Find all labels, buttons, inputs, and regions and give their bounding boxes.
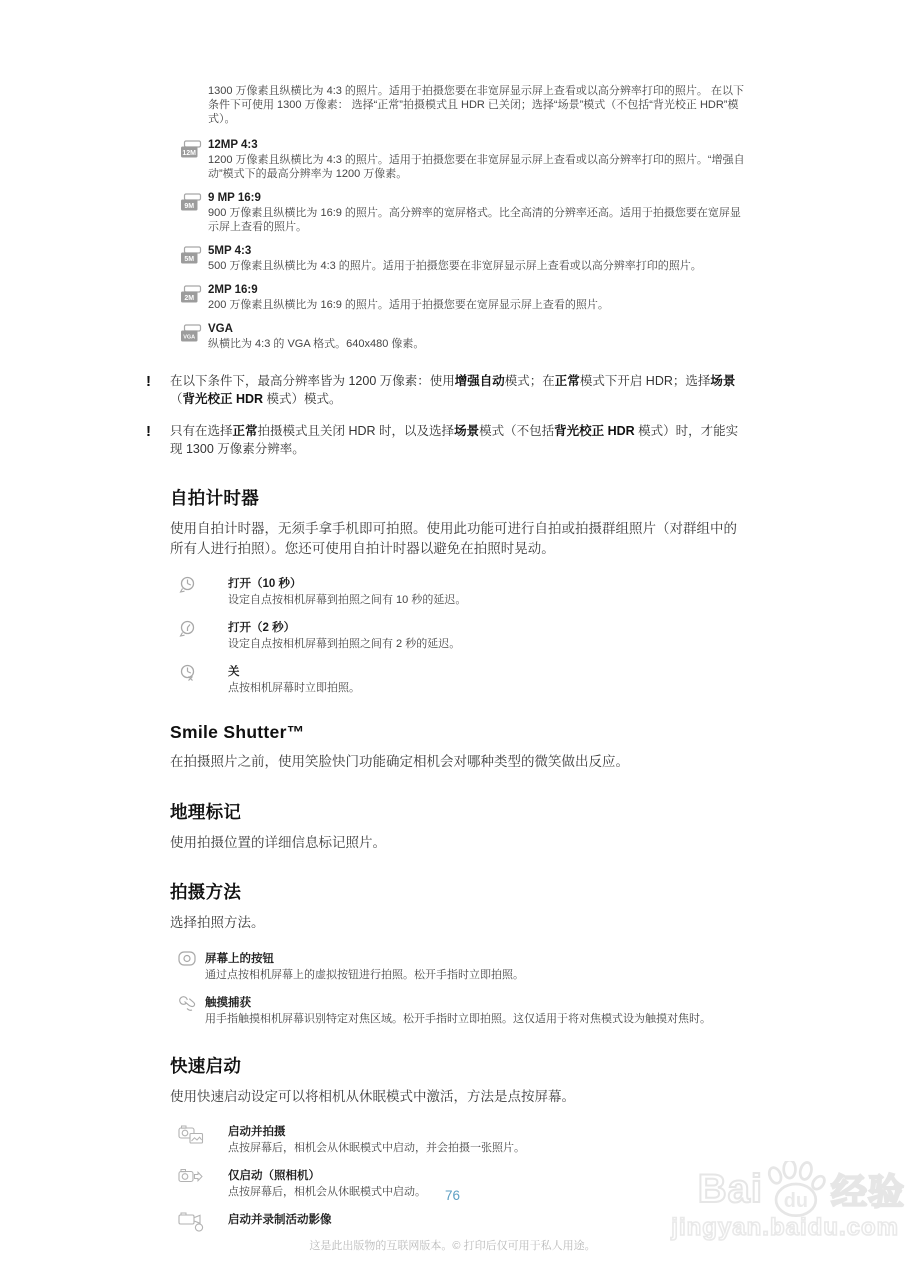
option-label: 打开（10 秒） [228,575,466,591]
page-content: 1300 万像素且纵横比为 4:3 的照片。适用于拍摄您要在非宽屏显示屏上查看或… [170,84,746,1244]
svg-text:2M: 2M [184,295,194,302]
option-desc: 用手指触摸相机屏幕识别特定对焦区域。松开手指时立即拍照。这仅适用于将对焦模式设为… [205,1012,711,1026]
resolution-5mp-icon: 5M [170,245,208,273]
option-label: 屏幕上的按钮 [205,950,524,966]
svg-text:12M: 12M [182,150,196,157]
svg-text:9M: 9M [184,203,194,210]
timer-off-icon [170,663,228,695]
touch-capture-icon [170,994,205,1026]
resolution-9mp-icon: 9M [170,192,208,234]
section-body: 使用快速启动设定可以将相机从休眠模式中激活，方法是点按屏幕。 [170,1087,746,1107]
resolution-12mp-icon: 12M [170,139,208,181]
exclamation-icon: ! [146,423,170,458]
option-label: 启动并录制活动影像 [228,1211,332,1227]
section-body: 选择拍照方法。 [170,913,746,933]
timer-10s-icon [170,575,228,607]
svg-text:VGA: VGA [183,335,195,341]
resolution-item-desc: 900 万像素且纵横比为 16:9 的照片。高分辨率的宽屏格式。比全高清的分辨率… [208,206,746,234]
baidu-jingyan-watermark: Bai du 经验 jingyan.baidu.com [625,1160,905,1242]
resolution-item-label: 2MP 16:9 [208,284,609,296]
resolution-item-9mp: 9M 9 MP 16:9 900 万像素且纵横比为 16:9 的照片。高分辨率的… [170,192,746,234]
launch-and-capture-icon [170,1123,228,1155]
resolution-item-label: 9 MP 16:9 [208,192,746,204]
option-label: 启动并拍摄 [228,1123,525,1139]
resolution-item-label: VGA [208,323,424,335]
warning-text: 只有在选择正常拍摄模式且关闭 HDR 时，以及选择场景模式（不包括背光校正 HD… [170,423,746,458]
section-heading-capture-method: 拍摄方法 [170,879,746,904]
svg-text:5M: 5M [184,256,194,263]
option-desc: 设定自点按相机屏幕到拍照之间有 10 秒的延迟。 [228,593,466,607]
onscreen-button-icon [170,950,205,982]
intro-paragraph: 1300 万像素且纵横比为 4:3 的照片。适用于拍摄您要在非宽屏显示屏上查看或… [208,84,746,126]
option-desc: 设定自点按相机屏幕到拍照之间有 2 秒的延迟。 [228,637,460,651]
resolution-item-desc: 纵横比为 4:3 的 VGA 格式。640x480 像素。 [208,337,424,351]
resolution-item-desc: 1200 万像素且纵横比为 4:3 的照片。适用于拍摄您要在非宽屏显示屏上查看或… [208,153,746,181]
resolution-item-label: 5MP 4:3 [208,245,702,257]
option-row: 打开（2 秒） 设定自点按相机屏幕到拍照之间有 2 秒的延迟。 [170,619,746,651]
option-row: 打开（10 秒） 设定自点按相机屏幕到拍照之间有 10 秒的延迟。 [170,575,746,607]
resolution-item-desc: 200 万像素且纵横比为 16:9 的照片。适用于拍摄您要在宽屏显示屏上查看的照… [208,298,609,312]
option-row: 关 点按相机屏幕时立即拍照。 [170,663,746,695]
timer-2s-icon [170,619,228,651]
option-desc: 点按屏幕后，相机会从休眠模式中启动，并会拍摄一张照片。 [228,1141,525,1155]
option-label: 仅启动（照相机） [228,1167,426,1183]
launch-and-record-icon [170,1211,228,1232]
svg-text:du: du [784,1190,808,1212]
baidu-logo-text: Bai [698,1167,763,1212]
exclamation-icon: ! [146,373,170,408]
section-heading-geotag: 地理标记 [170,799,746,824]
resolution-item-label: 12MP 4:3 [208,139,746,151]
resolution-item-vga: VGA VGA 纵横比为 4:3 的 VGA 格式。640x480 像素。 [170,323,746,351]
self-timer-options: 打开（10 秒） 设定自点按相机屏幕到拍照之间有 10 秒的延迟。 打开（2 秒… [170,575,746,695]
jingyan-cn-text: 经验 [831,1164,905,1215]
section-body: 使用自拍计时器，无须手拿手机即可拍照。使用此功能可进行自拍或拍摄群组照片（对群组… [170,519,746,558]
resolution-item-desc: 500 万像素且纵横比为 4:3 的照片。适用于拍摄您要在非宽屏显示屏上查看或以… [208,259,702,273]
resolution-2mp-icon: 2M [170,284,208,312]
section-heading-quick-launch: 快速启动 [170,1053,746,1078]
resolution-item-2mp: 2M 2MP 16:9 200 万像素且纵横比为 16:9 的照片。适用于拍摄您… [170,284,746,312]
warning-note-2: ! 只有在选择正常拍摄模式且关闭 HDR 时，以及选择场景模式（不包括背光校正 … [146,423,746,458]
jingyan-url-text: jingyan.baidu.com [625,1214,905,1242]
resolution-vga-icon: VGA [170,323,208,351]
option-row: 屏幕上的按钮 通过点按相机屏幕上的虚拟按钮进行拍照。松开手指时立即拍照。 [170,950,746,982]
resolution-item-12mp: 12M 12MP 4:3 1200 万像素且纵横比为 4:3 的照片。适用于拍摄… [170,139,746,181]
option-desc: 点按相机屏幕时立即拍照。 [228,681,360,695]
paw-icon: du [763,1161,827,1217]
option-desc: 通过点按相机屏幕上的虚拟按钮进行拍照。松开手指时立即拍照。 [205,968,524,982]
section-body: 在拍摄照片之前，使用笑脸快门功能确定相机会对哪种类型的微笑做出反应。 [170,752,746,772]
section-heading-self-timer: 自拍计时器 [170,485,746,510]
resolution-item-5mp: 5M 5MP 4:3 500 万像素且纵横比为 4:3 的照片。适用于拍摄您要在… [170,245,746,273]
option-row: 启动并拍摄 点按屏幕后，相机会从休眠模式中启动，并会拍摄一张照片。 [170,1123,746,1155]
section-body: 使用拍摄位置的详细信息标记照片。 [170,833,746,853]
option-row: 触摸捕获 用手指触摸相机屏幕识别特定对焦区域。松开手指时立即拍照。这仅适用于将对… [170,994,746,1026]
option-label: 触摸捕获 [205,994,711,1010]
warning-note-1: ! 在以下条件下，最高分辨率皆为 1200 万像素：使用增强自动模式；在正常模式… [146,373,746,408]
document-page: 1300 万像素且纵横比为 4:3 的照片。适用于拍摄您要在非宽屏显示屏上查看或… [0,0,905,1280]
section-heading-smile-shutter: Smile Shutter™ [170,722,746,743]
option-label: 关 [228,663,360,679]
warning-text: 在以下条件下，最高分辨率皆为 1200 万像素：使用增强自动模式；在正常模式下开… [170,373,746,408]
capture-method-options: 屏幕上的按钮 通过点按相机屏幕上的虚拟按钮进行拍照。松开手指时立即拍照。 触摸捕… [170,950,746,1026]
option-label: 打开（2 秒） [228,619,460,635]
